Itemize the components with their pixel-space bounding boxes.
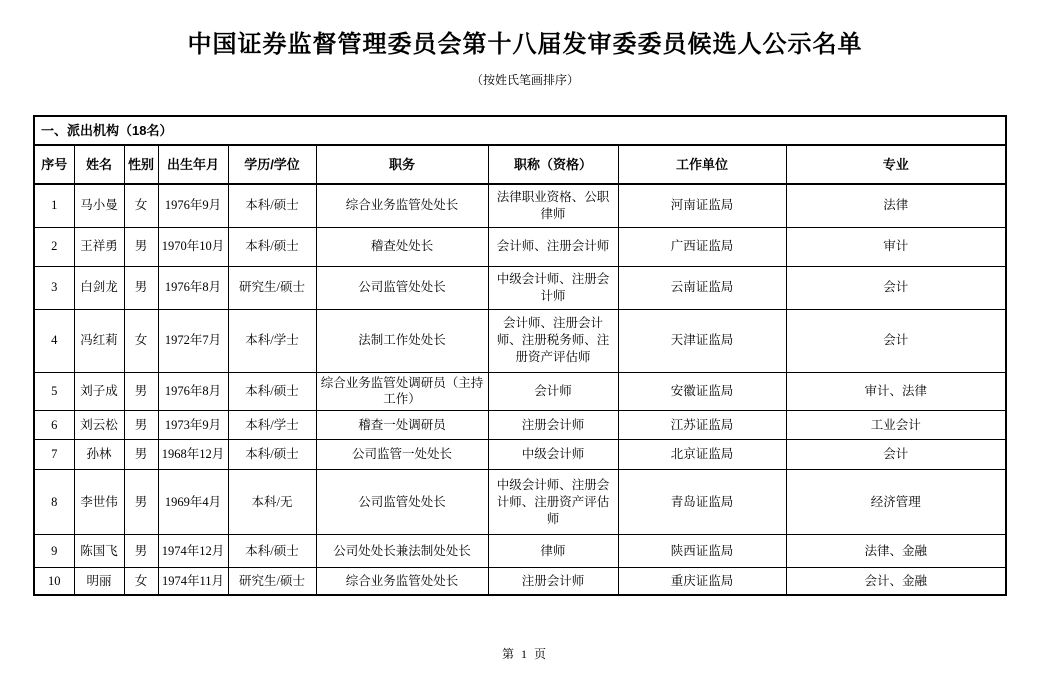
cell-gender: 男 [124, 372, 158, 411]
cell-employer: 云南证监局 [618, 266, 786, 309]
cell-qualification: 中级会计师 [488, 440, 618, 470]
table-row: 9陈国飞男1974年12月本科/硕士公司处处长兼法制处处长律师陕西证监局法律、金… [34, 535, 1006, 568]
cell-birth-date: 1976年9月 [158, 184, 228, 227]
table-row: 1马小曼女1976年9月本科/硕士综合业务监管处处长法律职业资格、公职律师河南证… [34, 184, 1006, 227]
cell-employer: 江苏证监局 [618, 411, 786, 440]
cell-name: 冯红莉 [74, 309, 124, 372]
table-body: 一、派出机构（18名） 序号姓名性别出生年月学历/学位职务职称（资格）工作单位专… [34, 116, 1006, 595]
cell-index: 6 [34, 411, 74, 440]
cell-gender: 男 [124, 411, 158, 440]
cell-major: 审计、法律 [786, 372, 1006, 411]
cell-birth-date: 1968年12月 [158, 440, 228, 470]
cell-gender: 男 [124, 266, 158, 309]
cell-education-degree: 本科/学士 [228, 309, 316, 372]
cell-gender: 男 [124, 227, 158, 266]
cell-major: 法律 [786, 184, 1006, 227]
cell-gender: 男 [124, 470, 158, 535]
cell-index: 4 [34, 309, 74, 372]
cell-qualification: 法律职业资格、公职律师 [488, 184, 618, 227]
cell-position: 法制工作处处长 [316, 309, 488, 372]
cell-position: 综合业务监管处处长 [316, 184, 488, 227]
cell-qualification: 注册会计师 [488, 411, 618, 440]
cell-qualification: 会计师、注册会计师 [488, 227, 618, 266]
cell-index: 10 [34, 568, 74, 595]
roster-table: 一、派出机构（18名） 序号姓名性别出生年月学历/学位职务职称（资格）工作单位专… [33, 115, 1007, 596]
cell-name: 王祥勇 [74, 227, 124, 266]
table-row: 7孙林男1968年12月本科/硕士公司监管一处处长中级会计师北京证监局会计 [34, 440, 1006, 470]
roster-table-container: 一、派出机构（18名） 序号姓名性别出生年月学历/学位职务职称（资格）工作单位专… [33, 115, 1005, 596]
cell-birth-date: 1969年4月 [158, 470, 228, 535]
cell-index: 8 [34, 470, 74, 535]
column-header-birth-date: 出生年月 [158, 145, 228, 184]
section-header: 一、派出机构（18名） [34, 116, 1006, 145]
cell-qualification: 中级会计师、注册会计师 [488, 266, 618, 309]
cell-index: 7 [34, 440, 74, 470]
cell-employer: 河南证监局 [618, 184, 786, 227]
cell-name: 孙林 [74, 440, 124, 470]
cell-name: 李世伟 [74, 470, 124, 535]
column-header-name: 姓名 [74, 145, 124, 184]
cell-major: 会计 [786, 309, 1006, 372]
cell-employer: 青岛证监局 [618, 470, 786, 535]
table-row: 5刘子成男1976年8月本科/硕士综合业务监管处调研员（主持工作）会计师安徽证监… [34, 372, 1006, 411]
table-row: 2王祥勇男1970年10月本科/硕士稽查处处长会计师、注册会计师广西证监局审计 [34, 227, 1006, 266]
section-header-row: 一、派出机构（18名） [34, 116, 1006, 145]
cell-qualification: 中级会计师、注册会计师、注册资产评估师 [488, 470, 618, 535]
cell-major: 会计 [786, 266, 1006, 309]
cell-gender: 男 [124, 440, 158, 470]
cell-qualification: 会计师 [488, 372, 618, 411]
table-row: 10明丽女1974年11月研究生/硕士综合业务监管处处长注册会计师重庆证监局会计… [34, 568, 1006, 595]
cell-education-degree: 本科/硕士 [228, 372, 316, 411]
document-page: 中国证券监督管理委员会第十八届发审委委员候选人公示名单 （按姓氏笔画排序） 一、… [0, 0, 1050, 681]
cell-gender: 男 [124, 535, 158, 568]
column-header-index: 序号 [34, 145, 74, 184]
cell-education-degree: 本科/硕士 [228, 227, 316, 266]
cell-index: 1 [34, 184, 74, 227]
cell-position: 公司监管处处长 [316, 266, 488, 309]
cell-name: 刘云松 [74, 411, 124, 440]
table-row: 4冯红莉女1972年7月本科/学士法制工作处处长会计师、注册会计师、注册税务师、… [34, 309, 1006, 372]
cell-qualification: 会计师、注册会计师、注册税务师、注册资产评估师 [488, 309, 618, 372]
cell-name: 刘子成 [74, 372, 124, 411]
cell-gender: 女 [124, 184, 158, 227]
cell-name: 白剑龙 [74, 266, 124, 309]
cell-birth-date: 1972年7月 [158, 309, 228, 372]
cell-qualification: 注册会计师 [488, 568, 618, 595]
cell-education-degree: 本科/硕士 [228, 440, 316, 470]
cell-birth-date: 1976年8月 [158, 266, 228, 309]
cell-employer: 重庆证监局 [618, 568, 786, 595]
cell-gender: 女 [124, 568, 158, 595]
cell-employer: 广西证监局 [618, 227, 786, 266]
cell-birth-date: 1970年10月 [158, 227, 228, 266]
cell-position: 公司监管处处长 [316, 470, 488, 535]
cell-position: 稽查处处长 [316, 227, 488, 266]
cell-birth-date: 1974年12月 [158, 535, 228, 568]
cell-name: 明丽 [74, 568, 124, 595]
cell-major: 经济管理 [786, 470, 1006, 535]
cell-index: 2 [34, 227, 74, 266]
cell-index: 5 [34, 372, 74, 411]
table-row: 3白剑龙男1976年8月研究生/硕士公司监管处处长中级会计师、注册会计师云南证监… [34, 266, 1006, 309]
cell-education-degree: 本科/硕士 [228, 535, 316, 568]
cell-major: 法律、金融 [786, 535, 1006, 568]
cell-education-degree: 研究生/硕士 [228, 266, 316, 309]
cell-qualification: 律师 [488, 535, 618, 568]
column-header-position: 职务 [316, 145, 488, 184]
cell-name: 马小曼 [74, 184, 124, 227]
column-header-major: 专业 [786, 145, 1006, 184]
column-header-gender: 性别 [124, 145, 158, 184]
cell-index: 9 [34, 535, 74, 568]
cell-employer: 北京证监局 [618, 440, 786, 470]
cell-position: 公司处处长兼法制处处长 [316, 535, 488, 568]
cell-gender: 女 [124, 309, 158, 372]
column-header-education-degree: 学历/学位 [228, 145, 316, 184]
cell-name: 陈国飞 [74, 535, 124, 568]
cell-major: 审计 [786, 227, 1006, 266]
cell-education-degree: 本科/学士 [228, 411, 316, 440]
page-subtitle: （按姓氏笔画排序） [0, 59, 1050, 88]
cell-position: 公司监管一处处长 [316, 440, 488, 470]
table-header-row: 序号姓名性别出生年月学历/学位职务职称（资格）工作单位专业 [34, 145, 1006, 184]
cell-major: 会计 [786, 440, 1006, 470]
page-title: 中国证券监督管理委员会第十八届发审委委员候选人公示名单 [0, 0, 1050, 59]
cell-education-degree: 本科/无 [228, 470, 316, 535]
cell-education-degree: 本科/硕士 [228, 184, 316, 227]
cell-education-degree: 研究生/硕士 [228, 568, 316, 595]
cell-major: 会计、金融 [786, 568, 1006, 595]
column-header-employer: 工作单位 [618, 145, 786, 184]
cell-index: 3 [34, 266, 74, 309]
cell-employer: 天津证监局 [618, 309, 786, 372]
page-number: 第 1 页 [0, 645, 1050, 662]
cell-major: 工业会计 [786, 411, 1006, 440]
table-row: 8李世伟男1969年4月本科/无公司监管处处长中级会计师、注册会计师、注册资产评… [34, 470, 1006, 535]
column-header-qualification: 职称（资格） [488, 145, 618, 184]
table-row: 6刘云松男1973年9月本科/学士稽查一处调研员注册会计师江苏证监局工业会计 [34, 411, 1006, 440]
cell-employer: 陕西证监局 [618, 535, 786, 568]
cell-position: 稽查一处调研员 [316, 411, 488, 440]
cell-birth-date: 1976年8月 [158, 372, 228, 411]
cell-birth-date: 1974年11月 [158, 568, 228, 595]
cell-employer: 安徽证监局 [618, 372, 786, 411]
cell-birth-date: 1973年9月 [158, 411, 228, 440]
cell-position: 综合业务监管处处长 [316, 568, 488, 595]
cell-position: 综合业务监管处调研员（主持工作） [316, 372, 488, 411]
